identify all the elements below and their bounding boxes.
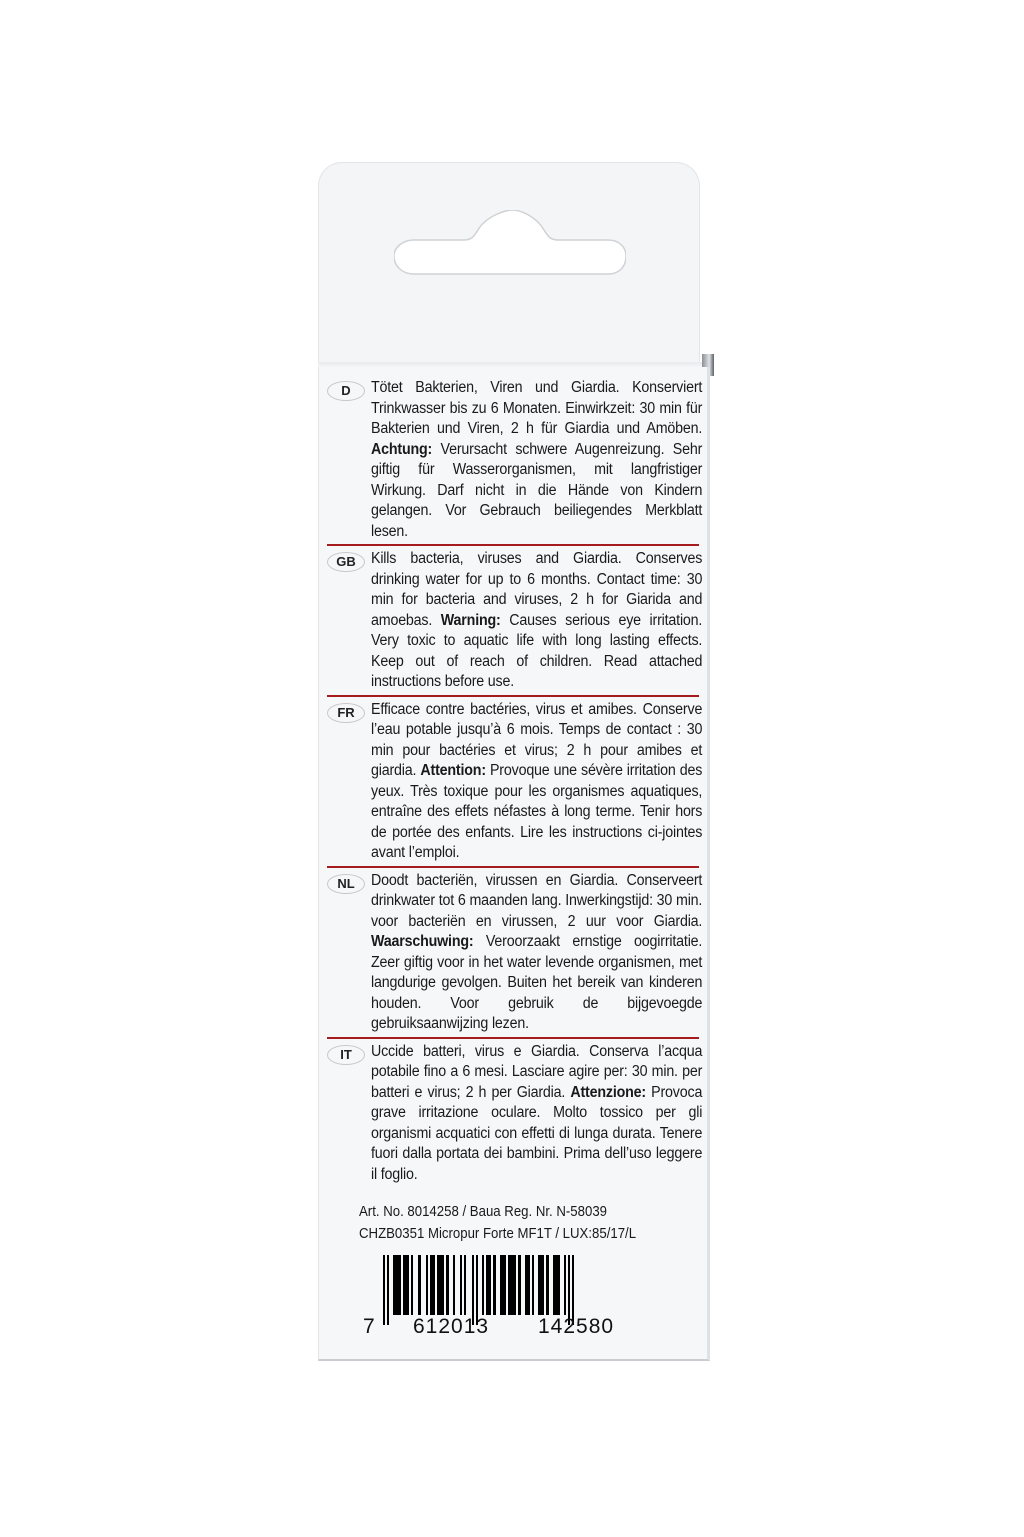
barcode-left-group: 612013 — [413, 1315, 489, 1339]
euro-hang-hole — [394, 210, 626, 276]
section-it: IT Uccide batteri, virus e Giardia. Cons… — [327, 1039, 699, 1188]
warning-label: Attention: — [420, 762, 485, 779]
article-number-line: Art. No. 8014258 / Baua Reg. Nr. N-58039 — [359, 1201, 658, 1223]
warning-label: Attenzione: — [570, 1084, 646, 1101]
section-it-text: Uccide batteri, virus e Giardia. Conserv… — [371, 1042, 702, 1186]
section-gb: GB Kills bacteria, viruses and Giardia. … — [327, 546, 699, 697]
section-fr-text: Efficace contre bactéries, virus et amib… — [371, 700, 702, 864]
section-de: D Tötet Bakterien, Viren und Giardia. Ko… — [327, 375, 699, 546]
product-box-back: D Tötet Bakterien, Viren und Giardia. Ko… — [318, 162, 712, 1361]
barcode-right-group: 142580 — [538, 1315, 614, 1339]
hang-tab — [318, 162, 700, 367]
warning-label: Warning: — [441, 612, 501, 629]
lang-badge-de: D — [327, 381, 365, 401]
section-de-text: Tötet Bakterien, Viren und Giardia. Kons… — [371, 378, 702, 542]
section-nl-text: Doodt bacteriën, virussen en Giardia. Co… — [371, 871, 702, 1035]
barcode-first-digit: 7 — [363, 1315, 375, 1339]
warning-label: Waarschuwing: — [371, 933, 473, 950]
language-sections: D Tötet Bakterien, Viren und Giardia. Ko… — [319, 375, 707, 1187]
ean-barcode: 7 612013 142580 — [343, 1255, 663, 1350]
lang-badge-gb: GB — [327, 552, 365, 572]
section-gb-text: Kills bacteria, viruses and Giardia. Con… — [371, 549, 702, 693]
lang-badge-it: IT — [327, 1045, 365, 1065]
lang-badge-nl: NL — [327, 874, 365, 894]
label-panel: D Tötet Bakterien, Viren und Giardia. Ko… — [318, 367, 710, 1361]
section-fr: FR Efficace contre bactéries, virus et a… — [327, 697, 699, 868]
lang-badge-fr: FR — [327, 703, 365, 723]
article-info: Art. No. 8014258 / Baua Reg. Nr. N-58039… — [359, 1201, 658, 1245]
section-nl: NL Doodt bacteriën, virussen en Giardia.… — [327, 868, 699, 1039]
warning-label: Achtung: — [371, 441, 432, 458]
product-code-line: CHZB0351 Micropur Forte MF1T / LUX:85/17… — [359, 1223, 658, 1245]
